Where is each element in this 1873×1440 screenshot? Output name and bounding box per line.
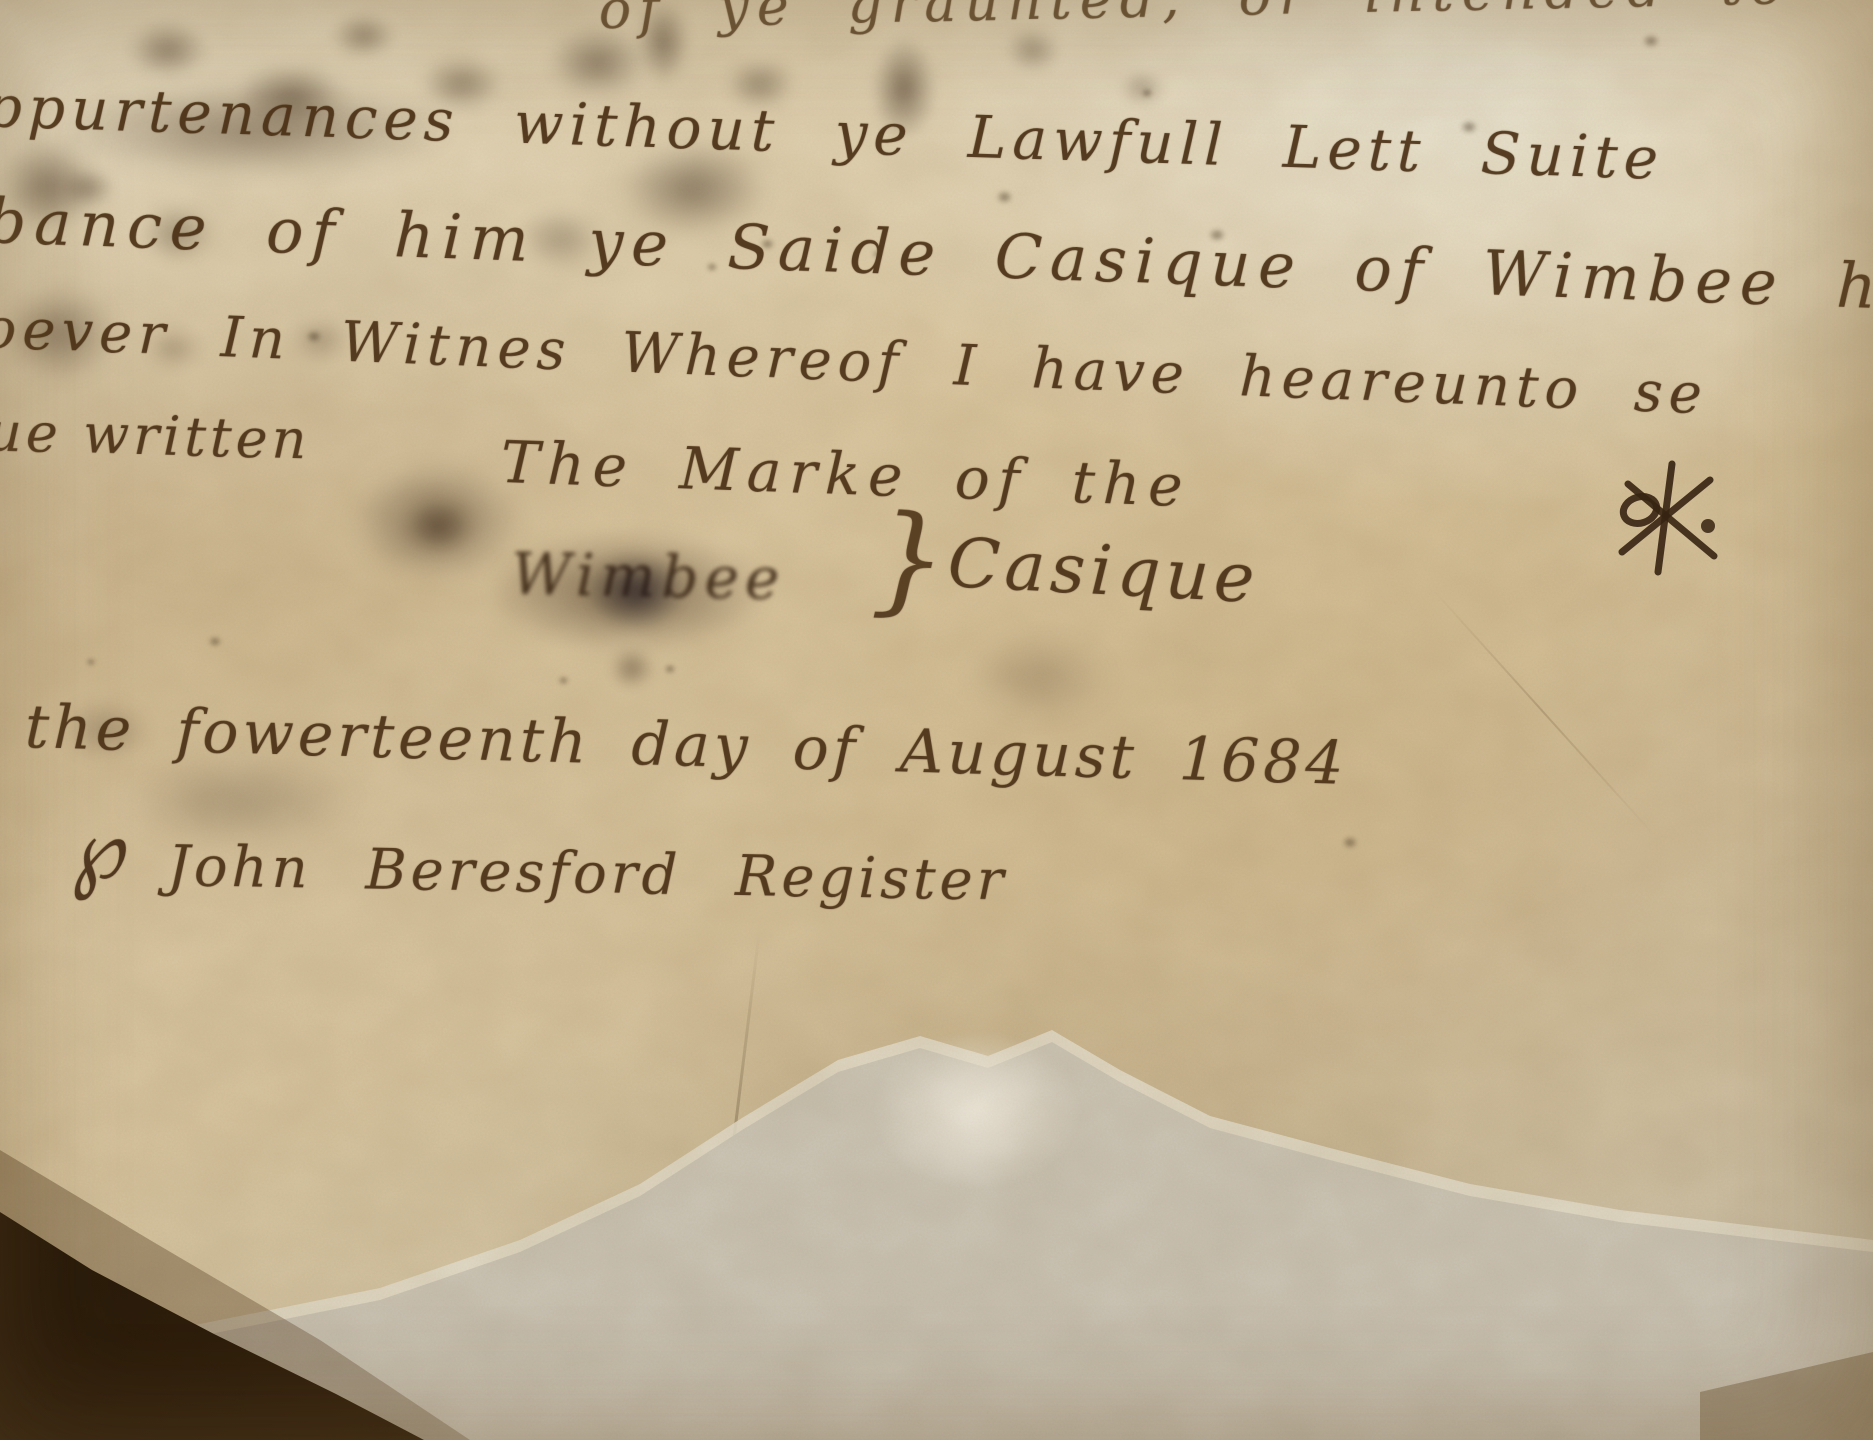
ink-blot (352, 462, 522, 582)
ink-speck (664, 664, 676, 674)
ink-speck (208, 636, 222, 647)
manuscript-line-signature: John Beresford Register (167, 834, 1008, 914)
manuscript-photo: of ye graunted, or intended to ppurtenan… (0, 0, 1873, 1440)
manuscript-word-wimbee: Wimbee (511, 540, 786, 613)
casique-mark-icon (1606, 452, 1732, 588)
ink-speck (1342, 836, 1358, 849)
manuscript-line-date: the fowerteenth day of August 1684 (24, 692, 1349, 799)
ink-speck (86, 658, 96, 666)
ink-blot (404, 500, 474, 554)
ink-speck (1642, 34, 1660, 48)
ink-blot (1120, 70, 1164, 106)
manuscript-line-casique-of-wimbee: bance of him ye Saide Casique of Wimbee … (0, 184, 1873, 326)
ink-blot (1005, 28, 1061, 72)
crease-line-vertical (695, 930, 761, 1440)
tear-white-patch (872, 1030, 1082, 1190)
ink-blot (966, 636, 1116, 720)
manuscript-line-the-marke-of-the: The Marke of the (500, 428, 1192, 520)
signature-flourish: ℘ (58, 800, 131, 903)
ink-blot (128, 22, 208, 78)
manuscript-brace: } (869, 488, 949, 629)
crease-line-diagonal (1432, 589, 1654, 836)
ink-blot (332, 14, 396, 58)
ink-speck (1141, 88, 1153, 98)
manuscript-word-casique: Casique (946, 524, 1261, 619)
ink-speck (996, 190, 1013, 204)
ink-blot (610, 648, 654, 688)
manuscript-line-top: of ye graunted, or intended to (598, 0, 1791, 41)
ink-speck (558, 676, 569, 685)
manuscript-line-written: ue written (0, 400, 311, 471)
manuscript-line-appurtenances: ppurtenances without ye Lawfull Lett Sui… (0, 72, 1665, 193)
